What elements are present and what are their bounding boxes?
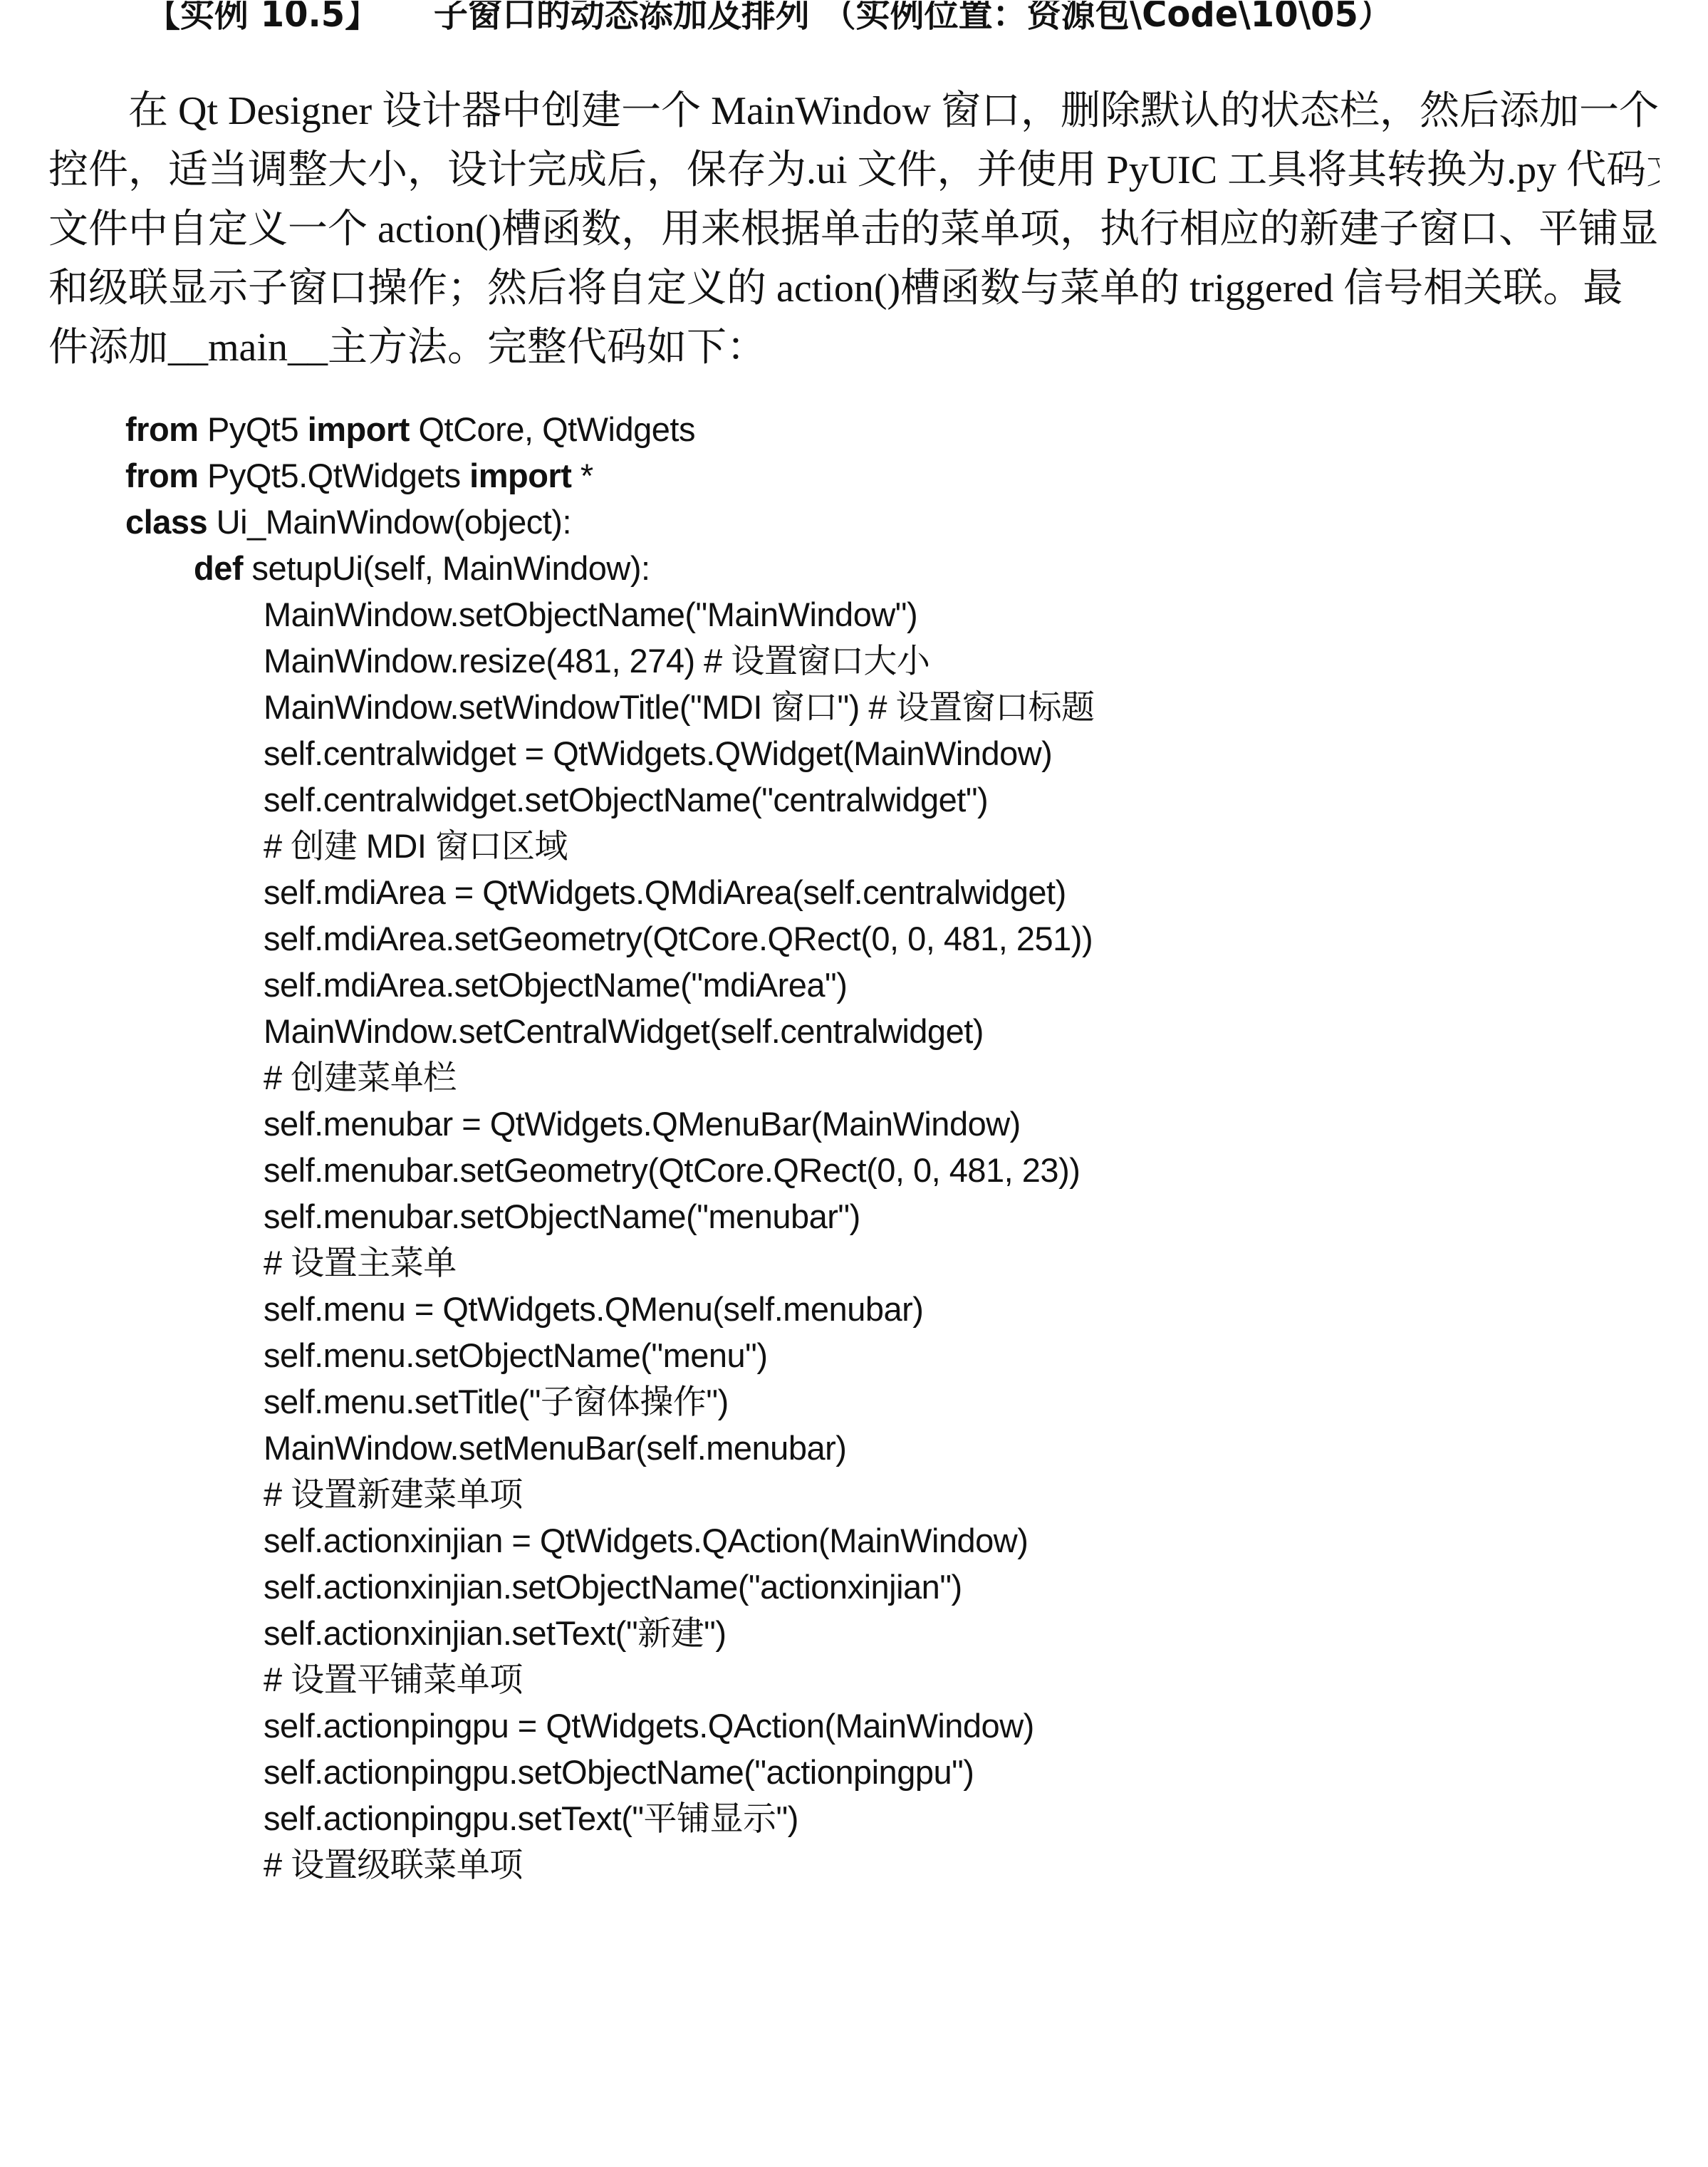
code-line: self.menu.setObjectName("menu") (125, 1332, 1095, 1378)
code-text: # 创建 MDI 窗口区域 (264, 827, 568, 865)
code-line: self.centralwidget = QtWidgets.QWidget(M… (125, 730, 1095, 776)
code-text: self.mdiArea.setGeometry(QtCore.QRect(0,… (264, 920, 1093, 957)
code-text: MainWindow.setObjectName("MainWindow") (264, 596, 917, 633)
code-text: self.menubar.setGeometry(QtCore.QRect(0,… (264, 1151, 1080, 1189)
paragraph-line: 在 Qt Designer 设计器中创建一个 MainWindow 窗口，删除默… (48, 82, 1660, 141)
code-text: self.menubar = QtWidgets.QMenuBar(MainWi… (264, 1105, 1021, 1143)
code-text: # 设置平铺菜单项 (264, 1661, 523, 1698)
description-paragraph: 在 Qt Designer 设计器中创建一个 MainWindow 窗口，删除默… (48, 82, 1708, 378)
heading-title: 子窗口的动态添加及排列 (434, 0, 810, 50)
code-line: MainWindow.setMenuBar(self.menubar) (125, 1425, 1095, 1471)
code-text: MainWindow.setCentralWidget(self.central… (264, 1012, 984, 1050)
code-text: MainWindow.setWindowTitle("MDI 窗口") # 设置… (264, 688, 1095, 726)
code-line: from PyQt5.QtWidgets import * (125, 452, 1095, 499)
heading-location: （实例位置：资源包\Code\10\05） (822, 0, 1392, 50)
paragraph-line: 件添加__main__主方法。完整代码如下： (48, 318, 1660, 378)
code-line: self.menubar.setObjectName("menubar") (125, 1193, 1095, 1240)
code-text: Ui_MainWindow(object): (207, 503, 571, 541)
code-text: self.actionpingpu.setObjectName("actionp… (264, 1753, 974, 1791)
code-line: MainWindow.setCentralWidget(self.central… (125, 1008, 1095, 1054)
section-heading: 【实例 10.5】 子窗口的动态添加及排列 （实例位置：资源包\Code\10\… (146, 0, 1392, 50)
code-line: self.menu = QtWidgets.QMenu(self.menubar… (125, 1286, 1095, 1332)
code-text: self.mdiArea.setObjectName("mdiArea") (264, 966, 847, 1004)
code-text: # 设置新建菜单项 (264, 1475, 523, 1513)
code-comment-line: # 设置平铺菜单项 (125, 1656, 1095, 1703)
code-line: self.actionpingpu.setObjectName("actionp… (125, 1749, 1095, 1795)
code-text: self.actionxinjian = QtWidgets.QAction(M… (264, 1522, 1028, 1559)
code-text: * (571, 457, 593, 494)
code-line: self.actionxinjian = QtWidgets.QAction(M… (125, 1517, 1095, 1564)
code-text: MainWindow.resize(481, 274) # 设置窗口大小 (264, 642, 929, 680)
code-line: self.menubar = QtWidgets.QMenuBar(MainWi… (125, 1101, 1095, 1147)
code-text: self.menu.setObjectName("menu") (264, 1336, 767, 1374)
code-text: # 设置级联菜单项 (264, 1846, 523, 1883)
code-comment-line: # 创建 MDI 窗口区域 (125, 823, 1095, 869)
paragraph-line: 和级联显示子窗口操作；然后将自定义的 action()槽函数与菜单的 trigg… (48, 259, 1660, 318)
code-line: MainWindow.resize(481, 274) # 设置窗口大小 (125, 638, 1095, 684)
code-keyword: import (469, 457, 571, 494)
code-text: MainWindow.setMenuBar(self.menubar) (264, 1429, 846, 1467)
code-line: self.actionpingpu.setText("平铺显示") (125, 1795, 1095, 1841)
code-keyword: def (194, 549, 243, 587)
code-text: QtCore, QtWidgets (410, 410, 695, 448)
code-text: self.actionxinjian.setText("新建") (264, 1614, 726, 1652)
paragraph-line: 控件，适当调整大小，设计完成后，保存为.ui 文件，并使用 PyUIC 工具将其… (48, 141, 1660, 200)
code-text: self.centralwidget.setObjectName("centra… (264, 781, 988, 819)
code-text: self.actionxinjian.setObjectName("action… (264, 1568, 962, 1606)
code-keyword: from (125, 410, 198, 448)
code-text: self.menu.setTitle("子窗体操作") (264, 1383, 729, 1420)
code-text: PyQt5 (198, 410, 307, 448)
code-keyword: from (125, 457, 198, 494)
code-line: MainWindow.setObjectName("MainWindow") (125, 591, 1095, 638)
heading-example-number: 【实例 10.5】 (146, 0, 379, 50)
code-line: MainWindow.setWindowTitle("MDI 窗口") # 设置… (125, 684, 1095, 730)
code-keyword: class (125, 503, 207, 541)
code-line: class Ui_MainWindow(object): (125, 499, 1095, 545)
code-line: self.menu.setTitle("子窗体操作") (125, 1378, 1095, 1425)
code-text: self.mdiArea = QtWidgets.QMdiArea(self.c… (264, 873, 1066, 911)
code-comment-line: # 设置级联菜单项 (125, 1841, 1095, 1888)
code-line: self.actionxinjian.setObjectName("action… (125, 1564, 1095, 1610)
code-text: # 创建菜单栏 (264, 1059, 457, 1096)
code-line: self.actionpingpu = QtWidgets.QAction(Ma… (125, 1703, 1095, 1749)
code-text: self.actionpingpu = QtWidgets.QAction(Ma… (264, 1707, 1034, 1745)
code-line: self.mdiArea.setGeometry(QtCore.QRect(0,… (125, 915, 1095, 962)
code-line: self.menubar.setGeometry(QtCore.QRect(0,… (125, 1147, 1095, 1193)
code-comment-line: # 创建菜单栏 (125, 1054, 1095, 1101)
code-line: def setupUi(self, MainWindow): (125, 545, 1095, 591)
code-line: self.actionxinjian.setText("新建") (125, 1610, 1095, 1656)
code-text: setupUi(self, MainWindow): (243, 549, 650, 587)
code-line: self.centralwidget.setObjectName("centra… (125, 776, 1095, 823)
code-text: PyQt5.QtWidgets (198, 457, 469, 494)
code-text: self.menubar.setObjectName("menubar") (264, 1197, 860, 1235)
code-line: from PyQt5 import QtCore, QtWidgets (125, 406, 1095, 452)
code-keyword: import (308, 410, 410, 448)
paragraph-line: 文件中自定义一个 action()槽函数，用来根据单击的菜单项，执行相应的新建子… (48, 200, 1660, 259)
code-text: self.menu = QtWidgets.QMenu(self.menubar… (264, 1290, 923, 1328)
code-text: self.centralwidget = QtWidgets.QWidget(M… (264, 734, 1052, 772)
code-text: self.actionpingpu.setText("平铺显示") (264, 1799, 798, 1837)
code-listing: from PyQt5 import QtCore, QtWidgetsfrom … (125, 406, 1095, 1888)
code-line: self.mdiArea.setObjectName("mdiArea") (125, 962, 1095, 1008)
code-text: # 设置主菜单 (264, 1244, 457, 1282)
code-comment-line: # 设置主菜单 (125, 1240, 1095, 1286)
code-comment-line: # 设置新建菜单项 (125, 1471, 1095, 1517)
code-line: self.mdiArea = QtWidgets.QMdiArea(self.c… (125, 869, 1095, 915)
